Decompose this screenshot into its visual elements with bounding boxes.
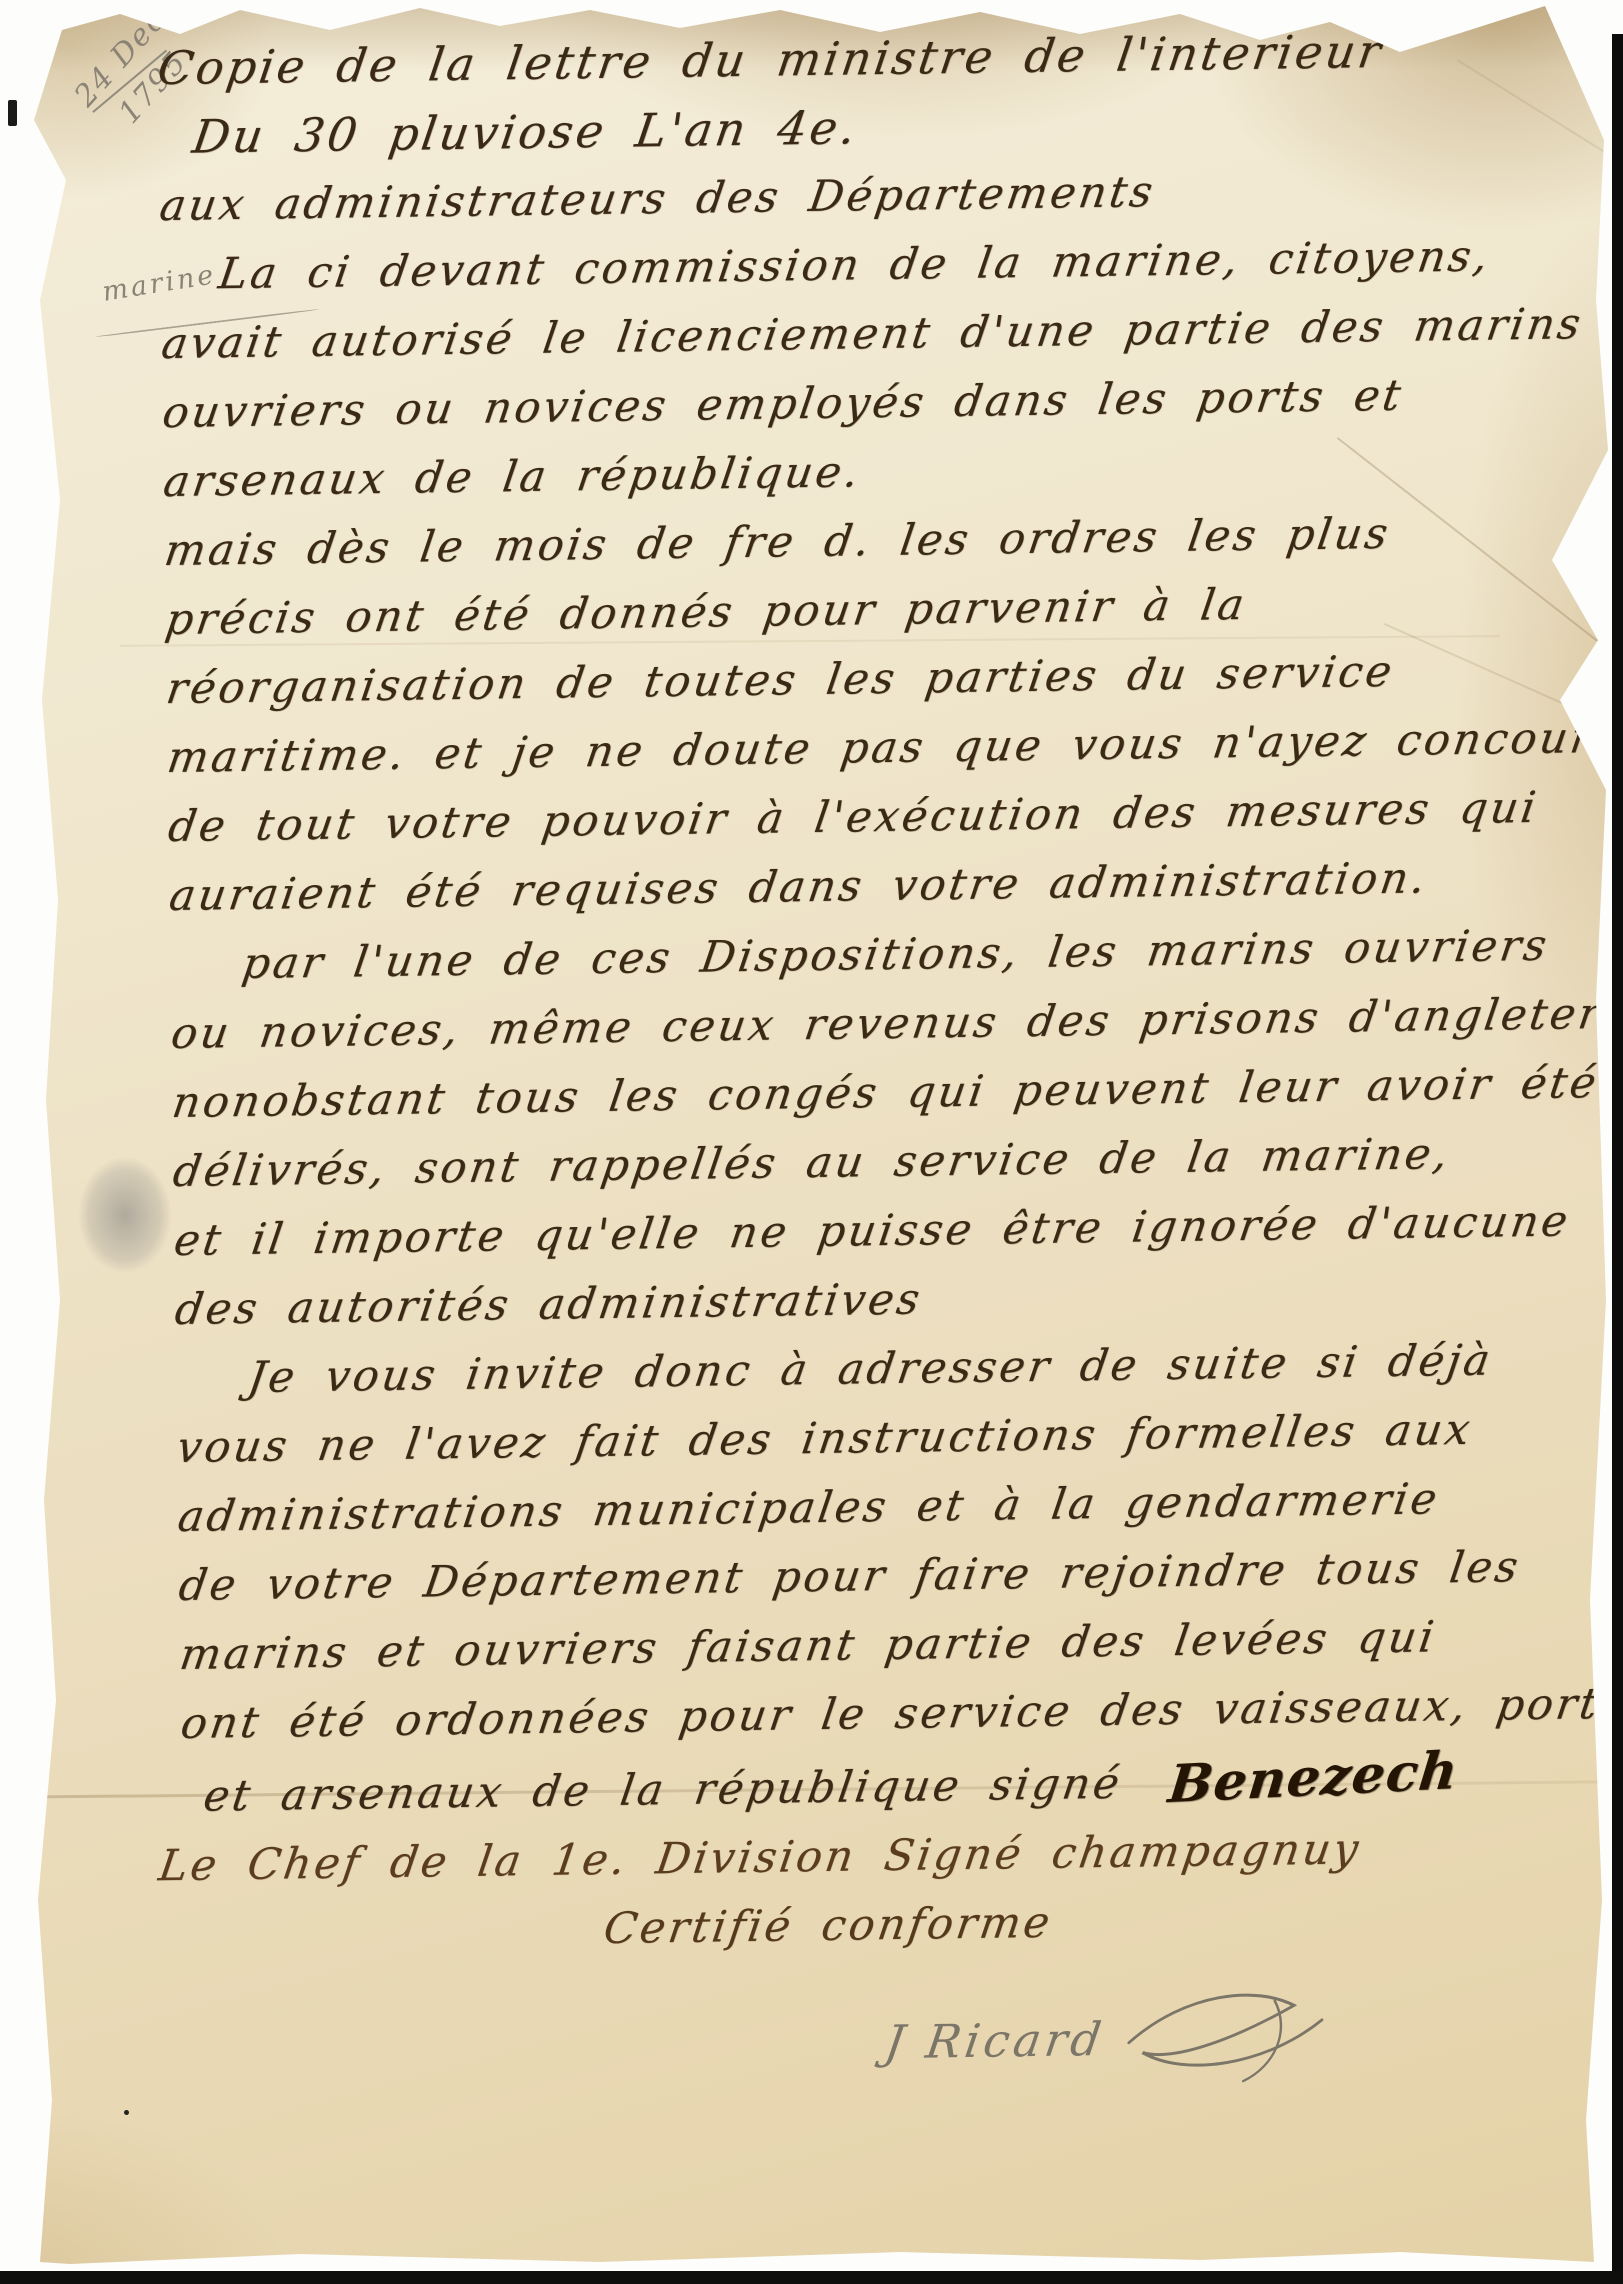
scanner-background: 24 Dec 1795 marine Copie de la lettre du… [0,0,1623,2284]
scan-speck [8,100,17,126]
scanner-edge-bottom [0,2271,1623,2284]
letter-line-text: et arsenaux de la république signé [200,1759,1125,1822]
certification-line: Certifié conforme [599,1881,1619,1964]
letter-text: Copie de la lettre du ministre de l'inte… [158,14,1617,2106]
paper-sheet: 24 Dec 1795 marine Copie de la lettre du… [0,0,1623,2284]
minister-signature: Benezech [1164,1736,1461,1819]
certifier-signature: J Ricard [882,2012,1109,2069]
certifier-signature-row: J Ricard [878,1976,1623,2096]
signature-flourish [1112,1980,1348,2093]
scanner-edge-right [1612,34,1623,2284]
scan-speck [124,2110,129,2115]
